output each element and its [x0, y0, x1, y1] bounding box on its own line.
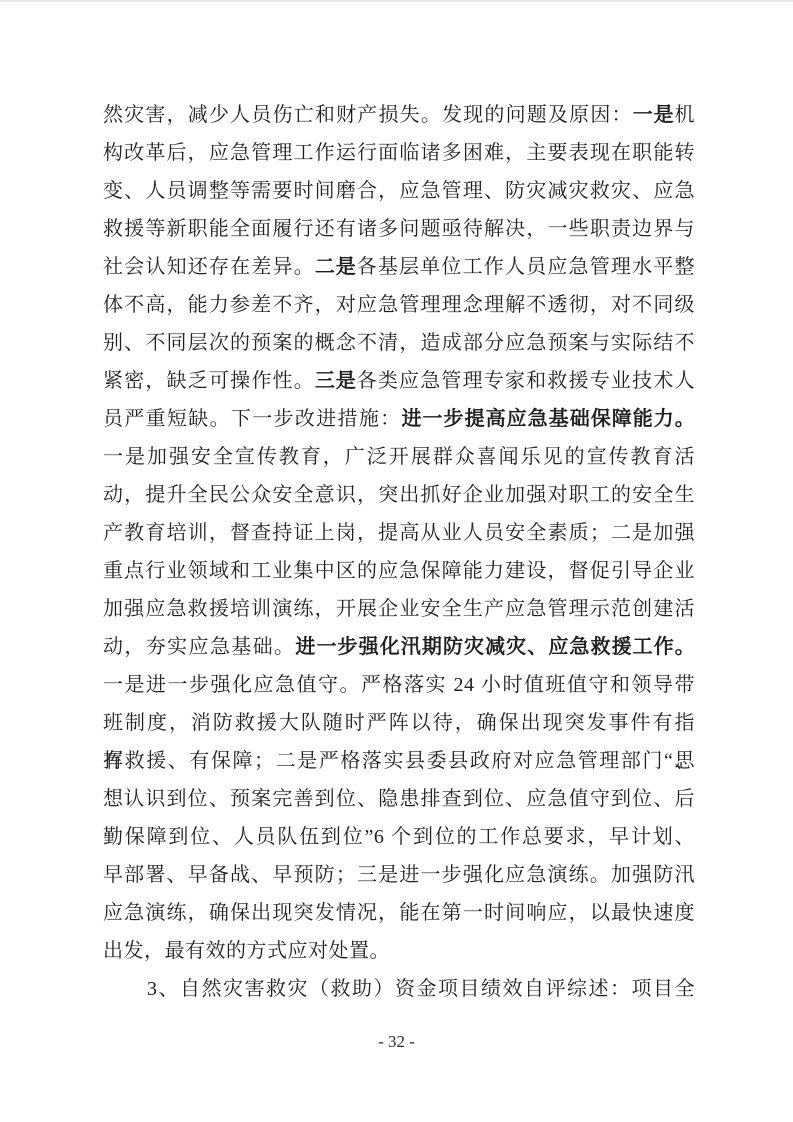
text-segment: 机 — [675, 104, 696, 126]
text-line: 出发，最有效的方式应对处置。 — [103, 932, 695, 970]
text-line: 然灾害，减少人员伤亡和财产损失。发现的问题及原因：一是机 — [103, 96, 695, 134]
text-segment: 构改革后，应急管理工作运行面临诸多困难，主要表现在职能转 — [103, 142, 695, 164]
text-line: 想认识到位、预案完善到位、隐患排查到位、应急值守到位、后 — [103, 780, 695, 818]
text-line: 动，提升全民公众安全意识，突出抓好企业加强对职工的安全生 — [103, 476, 695, 514]
text-line: 一是加强安全宣传教育，广泛开展群众喜闻乐见的宣传教育活 — [103, 438, 695, 476]
text-line: 紧密，缺乏可操作性。三是各类应急管理专家和救援专业技术人 — [103, 362, 695, 400]
text-segment: 一是进一步强化应急值守。严格落实 24 小时值班值守和领导带 — [103, 674, 695, 696]
text-segment: 变、人员调整等需要时间磨合，应急管理、防灾减灾救灾、应急 — [103, 180, 695, 202]
text-segment: 救援等新职能全面履行还有诸多问题亟待解决，一些职责边界与 — [103, 218, 695, 240]
text-segment: 产教育培训，督查持证上岗，提高从业人员安全素质；二是加强 — [103, 522, 695, 544]
text-segment: 别、不同层次的预案的概念不清，造成部分应急预案与实际结不 — [103, 332, 695, 354]
text-line: 应急演练，确保出现突发情况，能在第一时间响应，以最快速度 — [103, 894, 695, 932]
bold-text-segment: 二是 — [315, 256, 357, 278]
bold-text-segment: 一是 — [633, 104, 675, 126]
text-line: 加强应急救援培训演练，开展企业安全生产应急管理示范创建活 — [103, 590, 695, 628]
text-segment: 应急演练，确保出现突发情况，能在第一时间响应，以最快速度 — [103, 902, 695, 924]
text-line: 早部署、早备战、早预防；三是进一步强化应急演练。加强防汛 — [103, 856, 695, 894]
text-segment: 各类应急管理专家和救援专业技术人 — [357, 370, 695, 392]
text-line: 变、人员调整等需要时间磨合，应急管理、防灾减灾救灾、应急 — [103, 172, 695, 210]
text-segment: 然灾害，减少人员伤亡和财产损失。发现的问题及原因： — [103, 104, 633, 126]
text-segment: 有救援、有保障；二是严格落实县委县政府对应急管理部门“思 — [103, 750, 695, 772]
text-line: 有救援、有保障；二是严格落实县委县政府对应急管理部门“思 — [103, 742, 695, 780]
text-line: 构改革后，应急管理工作运行面临诸多困难，主要表现在职能转 — [103, 134, 695, 172]
text-segment: 3、自然灾害救灾（救助）资金项目绩效自评综述：项目全 — [147, 978, 695, 1000]
text-segment: 早部署、早备战、早预防；三是进一步强化应急演练。加强防汛 — [103, 864, 695, 886]
text-segment: 体不高，能力参差不齐，对应急管理理念理解不透彻，对不同级 — [103, 294, 695, 316]
text-segment: 紧密，缺乏可操作性。 — [103, 370, 315, 392]
text-line: 社会认知还存在差异。二是各基层单位工作人员应急管理水平整 — [103, 248, 695, 286]
document-body: 然灾害，减少人员伤亡和财产损失。发现的问题及原因：一是机构改革后，应急管理工作运… — [103, 96, 695, 1008]
bold-text-segment: 三是 — [315, 370, 357, 392]
text-segment: 动，夯实应急基础。 — [103, 636, 295, 658]
document-page: 然灾害，减少人员伤亡和财产损失。发现的问题及原因：一是机构改革后，应急管理工作运… — [0, 0, 793, 1122]
text-line: 勤保障到位、人员队伍到位”6 个到位的工作总要求，早计划、 — [103, 818, 695, 856]
text-segment: 勤保障到位、人员队伍到位”6 个到位的工作总要求，早计划、 — [103, 826, 695, 848]
text-segment: 重点行业领域和工业集中区的应急保障能力建设，督促引导企业 — [103, 560, 695, 582]
text-line: 体不高，能力参差不齐，对应急管理理念理解不透彻，对不同级 — [103, 286, 695, 324]
text-line: 救援等新职能全面履行还有诸多问题亟待解决，一些职责边界与 — [103, 210, 695, 248]
text-line: 班制度，消防救援大队随时严阵以待，确保出现突发事件有指挥、 — [103, 704, 695, 742]
scan-edge-line — [0, 0, 793, 2]
text-line: 产教育培训，督查持证上岗，提高从业人员安全素质；二是加强 — [103, 514, 695, 552]
text-segment: 社会认知还存在差异。 — [103, 256, 315, 278]
bold-text-segment: 进一步提高应急基础保障能力。 — [402, 408, 695, 430]
text-segment: 想认识到位、预案完善到位、隐患排查到位、应急值守到位、后 — [103, 788, 695, 810]
text-segment: 加强应急救援培训演练，开展企业安全生产应急管理示范创建活 — [103, 598, 695, 620]
text-segment: 出发，最有效的方式应对处置。 — [103, 940, 390, 962]
text-segment: 员严重短缺。下一步改进措施： — [103, 408, 402, 430]
text-segment: 动，提升全民公众安全意识，突出抓好企业加强对职工的安全生 — [103, 484, 695, 506]
text-line: 一是进一步强化应急值守。严格落实 24 小时值班值守和领导带 — [103, 666, 695, 704]
text-segment: 各基层单位工作人员应急管理水平整 — [357, 256, 695, 278]
text-line: 员严重短缺。下一步改进措施：进一步提高应急基础保障能力。 — [103, 400, 695, 438]
text-line: 3、自然灾害救灾（救助）资金项目绩效自评综述：项目全 — [103, 970, 695, 1008]
text-line: 动，夯实应急基础。进一步强化汛期防灾减灾、应急救援工作。 — [103, 628, 695, 666]
text-line: 重点行业领域和工业集中区的应急保障能力建设，督促引导企业 — [103, 552, 695, 590]
page-number: - 32 - — [0, 1030, 793, 1054]
text-segment: 一是加强安全宣传教育，广泛开展群众喜闻乐见的宣传教育活 — [103, 446, 695, 468]
bold-text-segment: 进一步强化汛期防灾减灾、应急救援工作。 — [295, 636, 695, 658]
text-line: 别、不同层次的预案的概念不清，造成部分应急预案与实际结不 — [103, 324, 695, 362]
